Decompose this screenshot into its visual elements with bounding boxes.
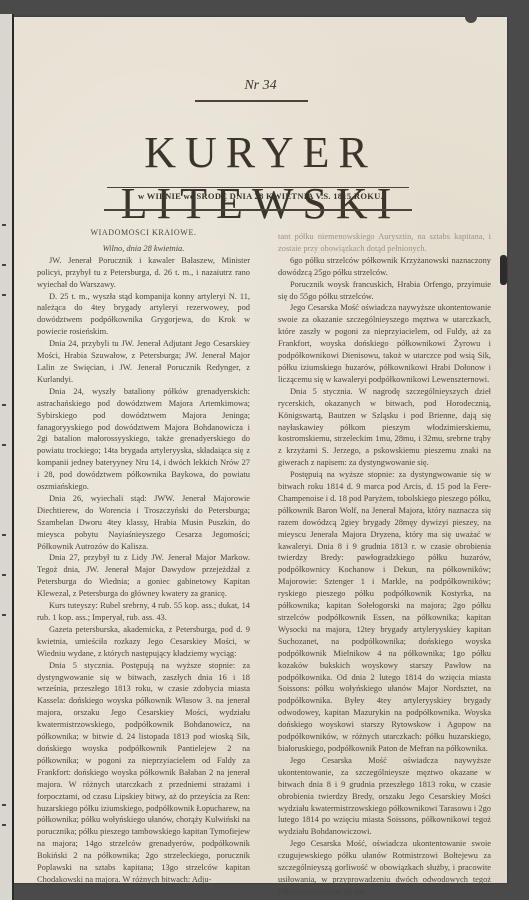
paragraph: Dnia 5 stycznia. Postępują na wyższe sto…	[37, 660, 250, 886]
paragraph: Porucznik woysk francuskich, Hrabia Orfe…	[278, 279, 491, 303]
paragraph: Dnia 24, wyszły bataliony półków grenady…	[37, 386, 250, 493]
torn-corner	[465, 15, 477, 23]
right-column: tant półku niemenowskiego Aurysztin, na …	[278, 227, 491, 898]
paragraph: tant półku niemenowskiego Aurysztin, na …	[278, 231, 491, 255]
issue-number: Nr 34	[14, 78, 507, 94]
paragraph: Jego Cesarska Mość oświadcza naywyższe u…	[278, 755, 491, 838]
paragraph: Jego Cesarska Mość oświadcza naywyższe u…	[278, 302, 491, 385]
adjacent-page-edge	[0, 14, 14, 900]
page-edge-mark	[500, 255, 507, 285]
paragraph: Dnia 5 stycznia. W nagrodę szczególnieys…	[278, 386, 491, 469]
paragraph: Gazeta petersburska, akademicka, z Peter…	[37, 624, 250, 660]
paragraph: Dnia 26, wyiechali stąd: JWW. Jenerał Ma…	[37, 493, 250, 553]
paragraph: 6go półku strzelców półkownik Krzyżanows…	[278, 255, 491, 279]
section-heading: WIADOMOSCI KRAIOWE.	[37, 227, 250, 239]
paragraph: Dnia 24, przybyli tu JW. Jenerał Adjutan…	[37, 338, 250, 386]
newspaper-page: Nr 34 KURYER LITEWSKI w WILNIE we SRODĘ …	[14, 17, 507, 883]
place-date: Wilno, dnia 28 kwietnia.	[37, 243, 250, 255]
dateline-rule-top	[107, 187, 409, 188]
masthead-title: KURYER LITEWSKI	[14, 127, 507, 229]
paragraph: D. 25 t. m., wyszła stąd kompanija konny…	[37, 291, 250, 339]
paragraph: Postępuią na wyższe stopnie: za dystyngw…	[278, 469, 491, 755]
paragraph: Kurs tuteyszy: Rubel srebrny, 4 rub. 55 …	[37, 600, 250, 624]
issue-rule	[195, 100, 308, 102]
paragraph: JW. Jenerał Porucznik i kawaler Bałaszew…	[37, 255, 250, 291]
dateline-rule-bottom	[104, 209, 412, 211]
paragraph: Dnia 27, przybył tu z Lidy JW. Jenerał M…	[37, 552, 250, 600]
left-column: WIADOMOSCI KRAIOWE. Wilno, dnia 28 kwiet…	[37, 227, 250, 886]
dateline: w WILNIE we SRODĘ DNIA 28 KWIETNIA V.S. …	[14, 191, 507, 201]
paragraph: Jego Cesarska Mość, oświadcza ukontentow…	[278, 838, 491, 898]
